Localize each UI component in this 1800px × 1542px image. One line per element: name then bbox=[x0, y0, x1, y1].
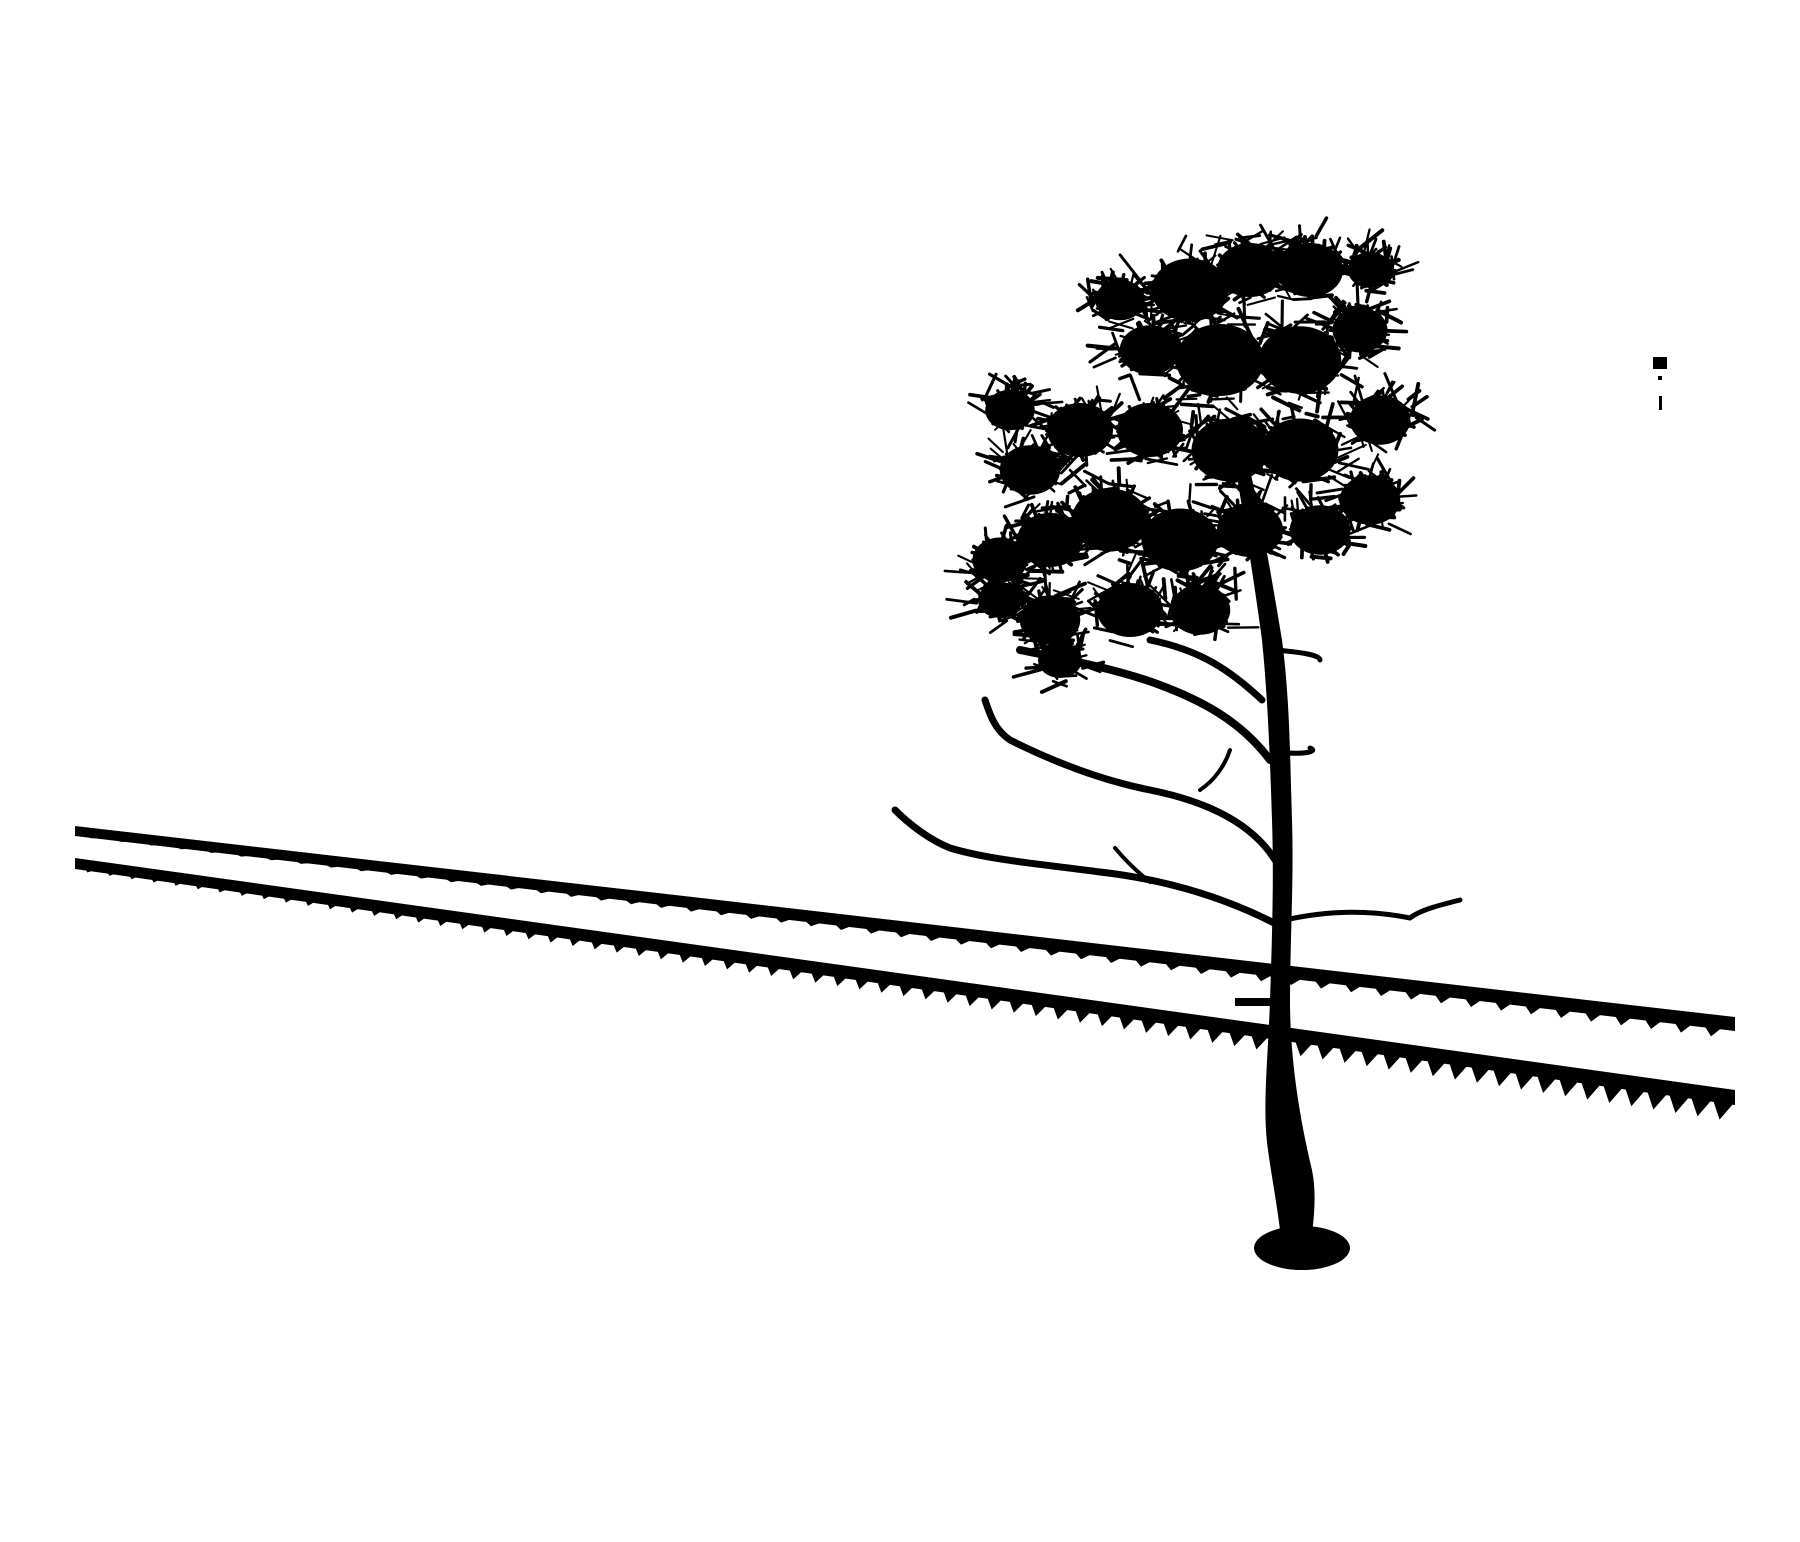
trunk-stub bbox=[1235, 998, 1290, 1006]
tree-base bbox=[1254, 1226, 1350, 1270]
photo-scene bbox=[0, 0, 1800, 1542]
snow-background bbox=[0, 0, 1800, 1542]
